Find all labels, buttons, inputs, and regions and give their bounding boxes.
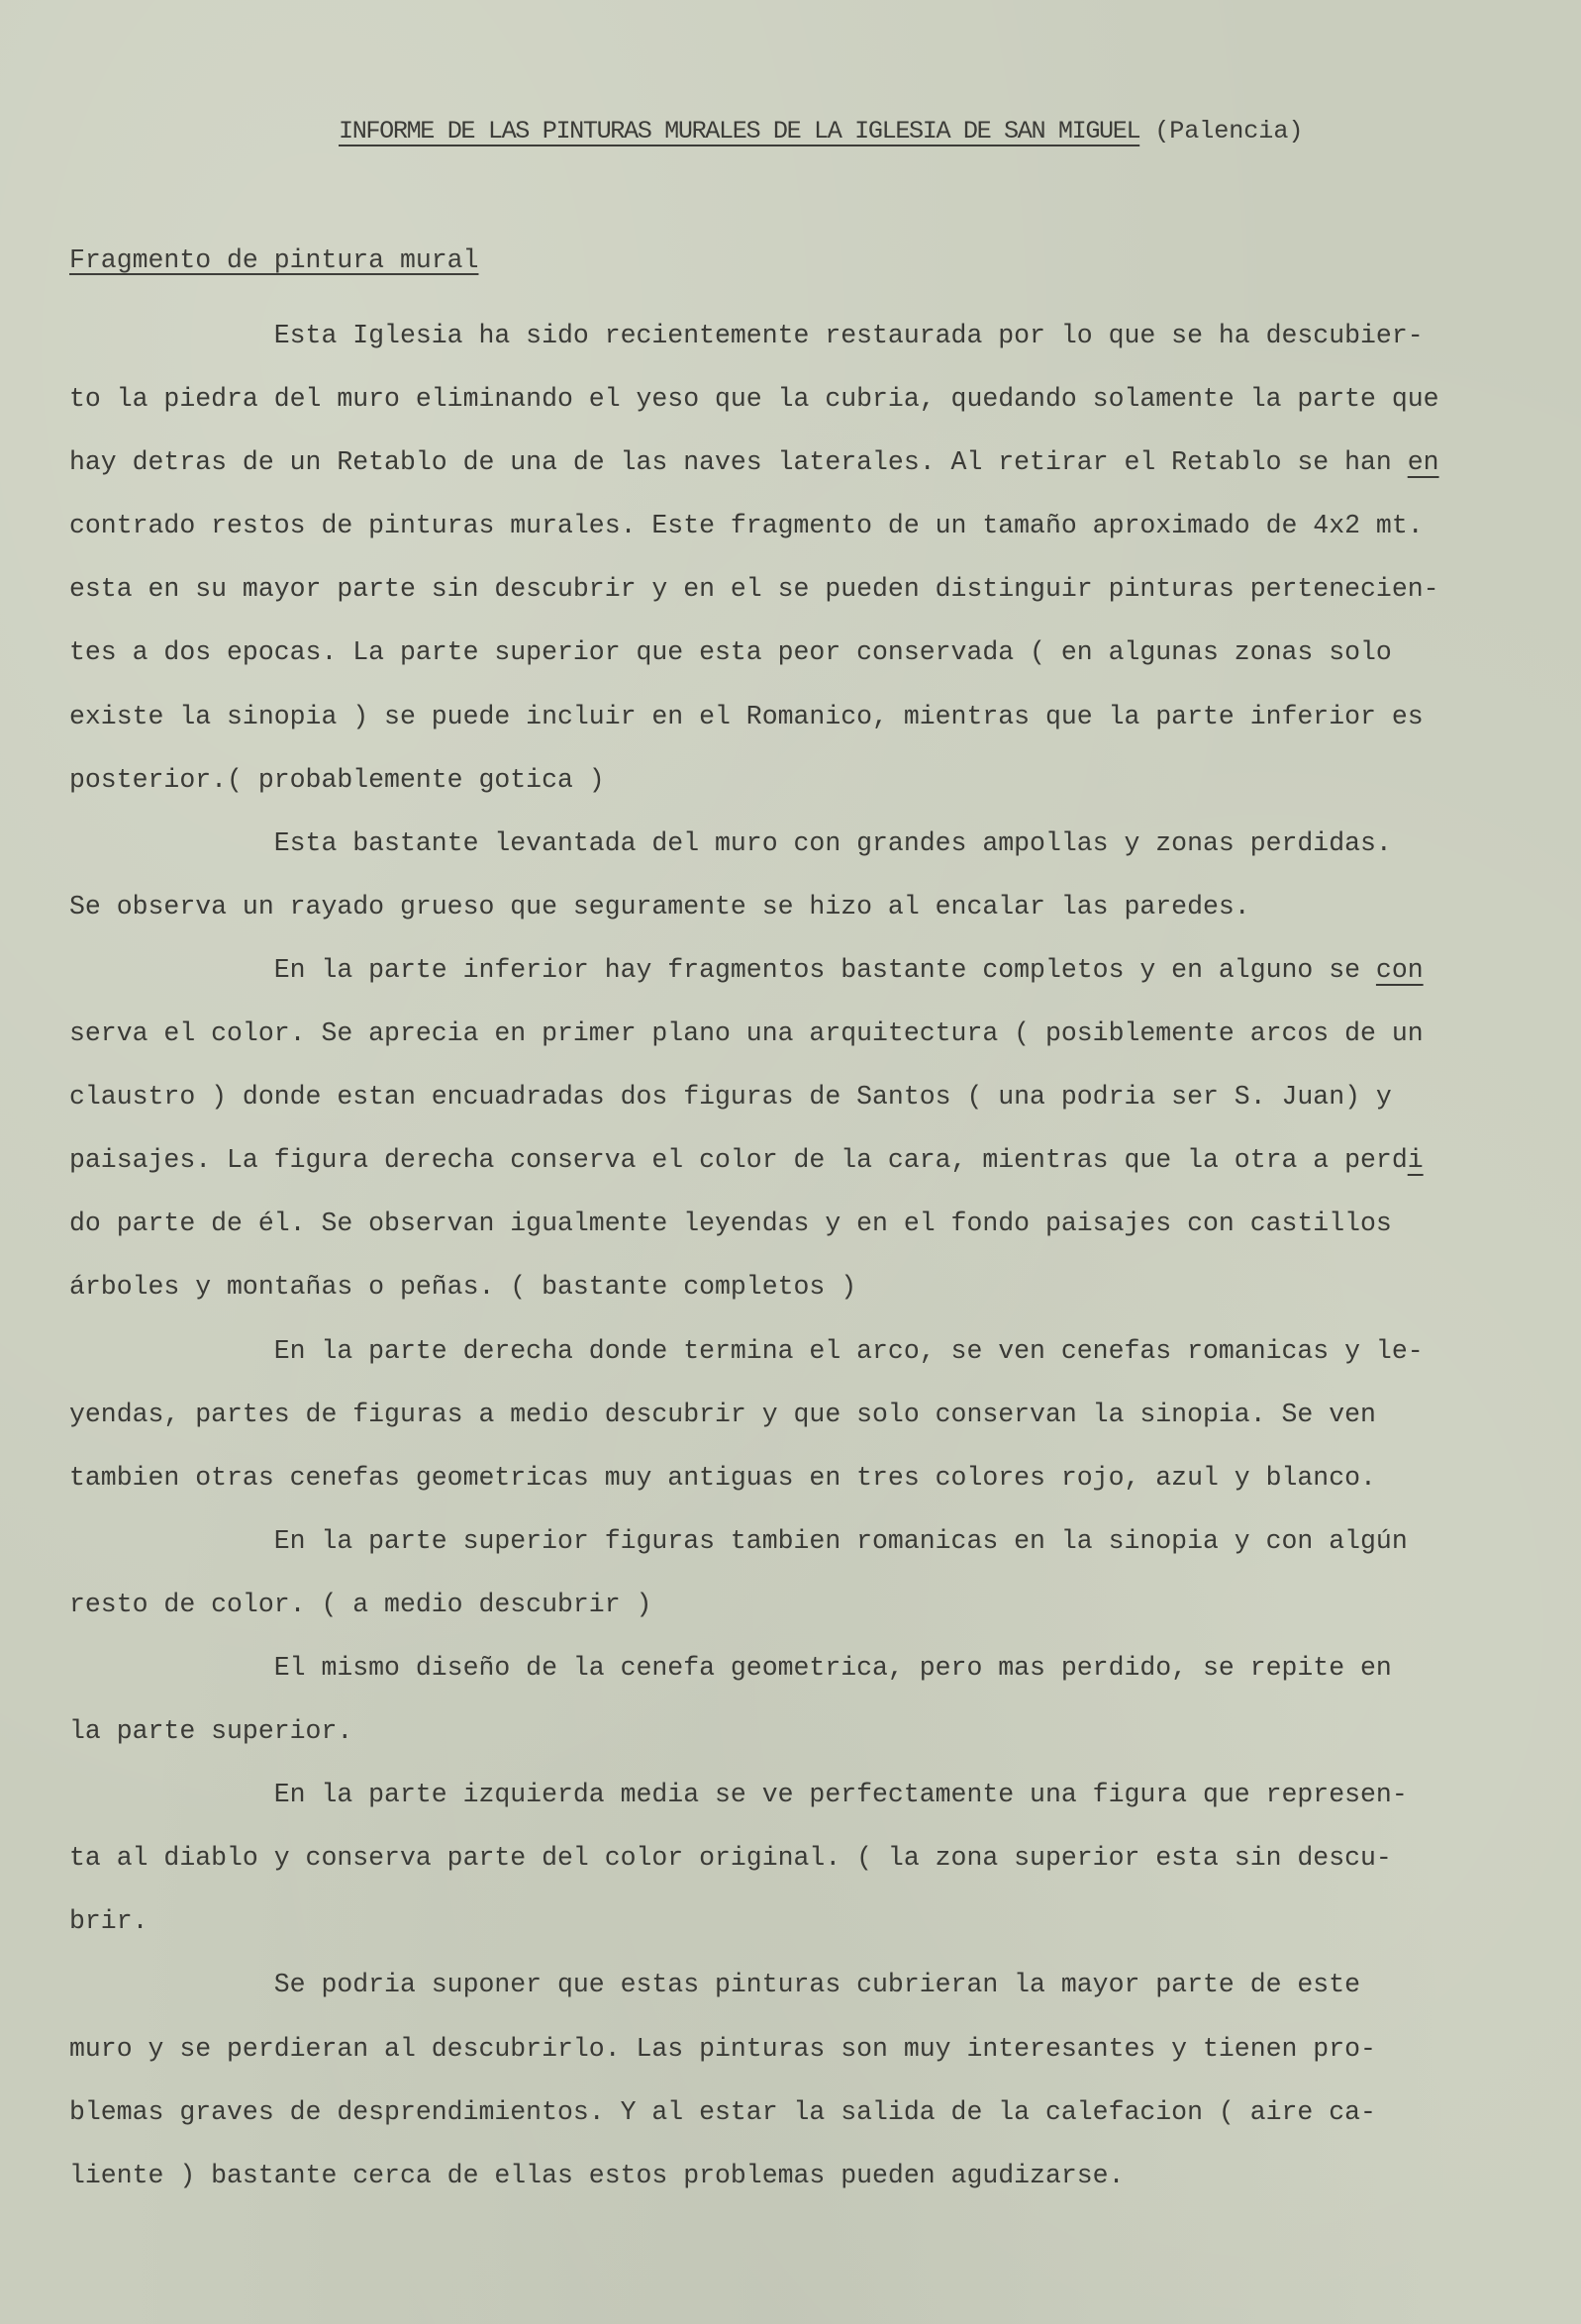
text-line: árboles y montañas o peñas. ( bastante c… xyxy=(69,1255,1439,1318)
text-line-content: serva el color. Se aprecia en primer pla… xyxy=(69,1018,1424,1048)
text-line-content: do parte de él. Se observan igualmente l… xyxy=(69,1209,1392,1238)
document-body: Esta Iglesia ha sido recientemente resta… xyxy=(69,304,1439,2207)
text-line: Esta Iglesia ha sido recientemente resta… xyxy=(69,304,1439,367)
section-heading: Fragmento de pintura mural xyxy=(69,245,478,275)
text-line-content: liente ) bastante cerca de ellas estos p… xyxy=(69,2161,1124,2190)
text-line: yendas, partes de figuras a medio descub… xyxy=(69,1383,1439,1446)
text-line-content: yendas, partes de figuras a medio descub… xyxy=(69,1400,1376,1429)
text-line: brir. xyxy=(69,1889,1439,1953)
text-line-content: posterior.( probablemente gotica ) xyxy=(69,765,605,795)
document-title-underlined: INFORME DE LAS PINTURAS MURALES DE LA IG… xyxy=(339,117,1139,145)
text-line: hay detras de un Retablo de una de las n… xyxy=(69,431,1439,494)
hyphenation-mark: con xyxy=(1376,955,1424,985)
text-line: En la parte inferior hay fragmentos bast… xyxy=(69,938,1439,1002)
text-line: resto de color. ( a medio descubrir ) xyxy=(69,1573,1439,1636)
document-title: INFORME DE LAS PINTURAS MURALES DE LA IG… xyxy=(339,117,1303,145)
text-line: muro y se perdieran al descubrirlo. Las … xyxy=(69,2017,1439,2081)
text-line-content: existe la sinopia ) se puede incluir en … xyxy=(69,702,1424,731)
text-line: do parte de él. Se observan igualmente l… xyxy=(69,1192,1439,1255)
text-line-content: En la parte izquierda media se ve perfec… xyxy=(69,1780,1408,1809)
text-line-content: brir. xyxy=(69,1906,148,1936)
text-line: tambien otras cenefas geometricas muy an… xyxy=(69,1446,1439,1509)
text-line-content: hay detras de un Retablo de una de las n… xyxy=(69,447,1408,477)
text-line-content: árboles y montañas o peñas. ( bastante c… xyxy=(69,1272,856,1302)
text-line: En la parte izquierda media se ve perfec… xyxy=(69,1763,1439,1826)
text-line-content: claustro ) donde estan encuadradas dos f… xyxy=(69,1082,1392,1112)
typewritten-page: INFORME DE LAS PINTURAS MURALES DE LA IG… xyxy=(0,0,1581,2324)
text-line-content: En la parte superior figuras tambien rom… xyxy=(69,1526,1408,1556)
text-line-content: resto de color. ( a medio descubrir ) xyxy=(69,1590,651,1619)
text-line-content: contrado restos de pinturas murales. Est… xyxy=(69,511,1424,540)
text-line: serva el color. Se aprecia en primer pla… xyxy=(69,1002,1439,1065)
text-line: El mismo diseño de la cenefa geometrica,… xyxy=(69,1636,1439,1699)
text-line: Esta bastante levantada del muro con gra… xyxy=(69,812,1439,875)
text-line: ta al diablo y conserva parte del color … xyxy=(69,1826,1439,1889)
text-line-content: En la parte inferior hay fragmentos bast… xyxy=(69,955,1376,985)
text-line: existe la sinopia ) se puede incluir en … xyxy=(69,685,1439,748)
text-line: claustro ) donde estan encuadradas dos f… xyxy=(69,1065,1439,1128)
document-title-location: (Palencia) xyxy=(1154,117,1303,145)
text-line: Se podria suponer que estas pinturas cub… xyxy=(69,1953,1439,2016)
text-line-content: Se observa un rayado grueso que segurame… xyxy=(69,892,1250,921)
text-line: liente ) bastante cerca de ellas estos p… xyxy=(69,2144,1439,2207)
text-line: En la parte derecha donde termina el arc… xyxy=(69,1319,1439,1383)
text-line-content: ta al diablo y conserva parte del color … xyxy=(69,1843,1392,1873)
text-line-content: muro y se perdieran al descubrirlo. Las … xyxy=(69,2034,1376,2064)
text-line: Se observa un rayado grueso que segurame… xyxy=(69,875,1439,938)
text-line-content: to la piedra del muro eliminando el yeso… xyxy=(69,384,1439,414)
text-line: contrado restos de pinturas murales. Est… xyxy=(69,494,1439,557)
text-line-content: Esta Iglesia ha sido recientemente resta… xyxy=(69,321,1424,350)
text-line-content: Se podria suponer que estas pinturas cub… xyxy=(69,1970,1360,1999)
text-line-content: blemas graves de desprendimientos. Y al … xyxy=(69,2097,1376,2127)
text-line: En la parte superior figuras tambien rom… xyxy=(69,1509,1439,1573)
hyphenation-mark: i xyxy=(1408,1145,1424,1175)
text-line: la parte superior. xyxy=(69,1699,1439,1763)
text-line-content: tes a dos epocas. La parte superior que … xyxy=(69,637,1392,667)
text-line-content: tambien otras cenefas geometricas muy an… xyxy=(69,1463,1376,1493)
text-line-content: la parte superior. xyxy=(69,1716,352,1746)
text-line-content: esta en su mayor parte sin descubrir y e… xyxy=(69,574,1439,604)
text-line-content: En la parte derecha donde termina el arc… xyxy=(69,1336,1424,1366)
text-line: to la piedra del muro eliminando el yeso… xyxy=(69,367,1439,431)
text-line: esta en su mayor parte sin descubrir y e… xyxy=(69,557,1439,621)
text-line: posterior.( probablemente gotica ) xyxy=(69,748,1439,812)
text-line: tes a dos epocas. La parte superior que … xyxy=(69,621,1439,684)
hyphenation-mark: en xyxy=(1408,447,1439,477)
text-line: blemas graves de desprendimientos. Y al … xyxy=(69,2081,1439,2144)
text-line-content: paisajes. La figura derecha conserva el … xyxy=(69,1145,1408,1175)
text-line: paisajes. La figura derecha conserva el … xyxy=(69,1128,1439,1192)
text-line-content: Esta bastante levantada del muro con gra… xyxy=(69,828,1392,858)
text-line-content: El mismo diseño de la cenefa geometrica,… xyxy=(69,1653,1392,1683)
